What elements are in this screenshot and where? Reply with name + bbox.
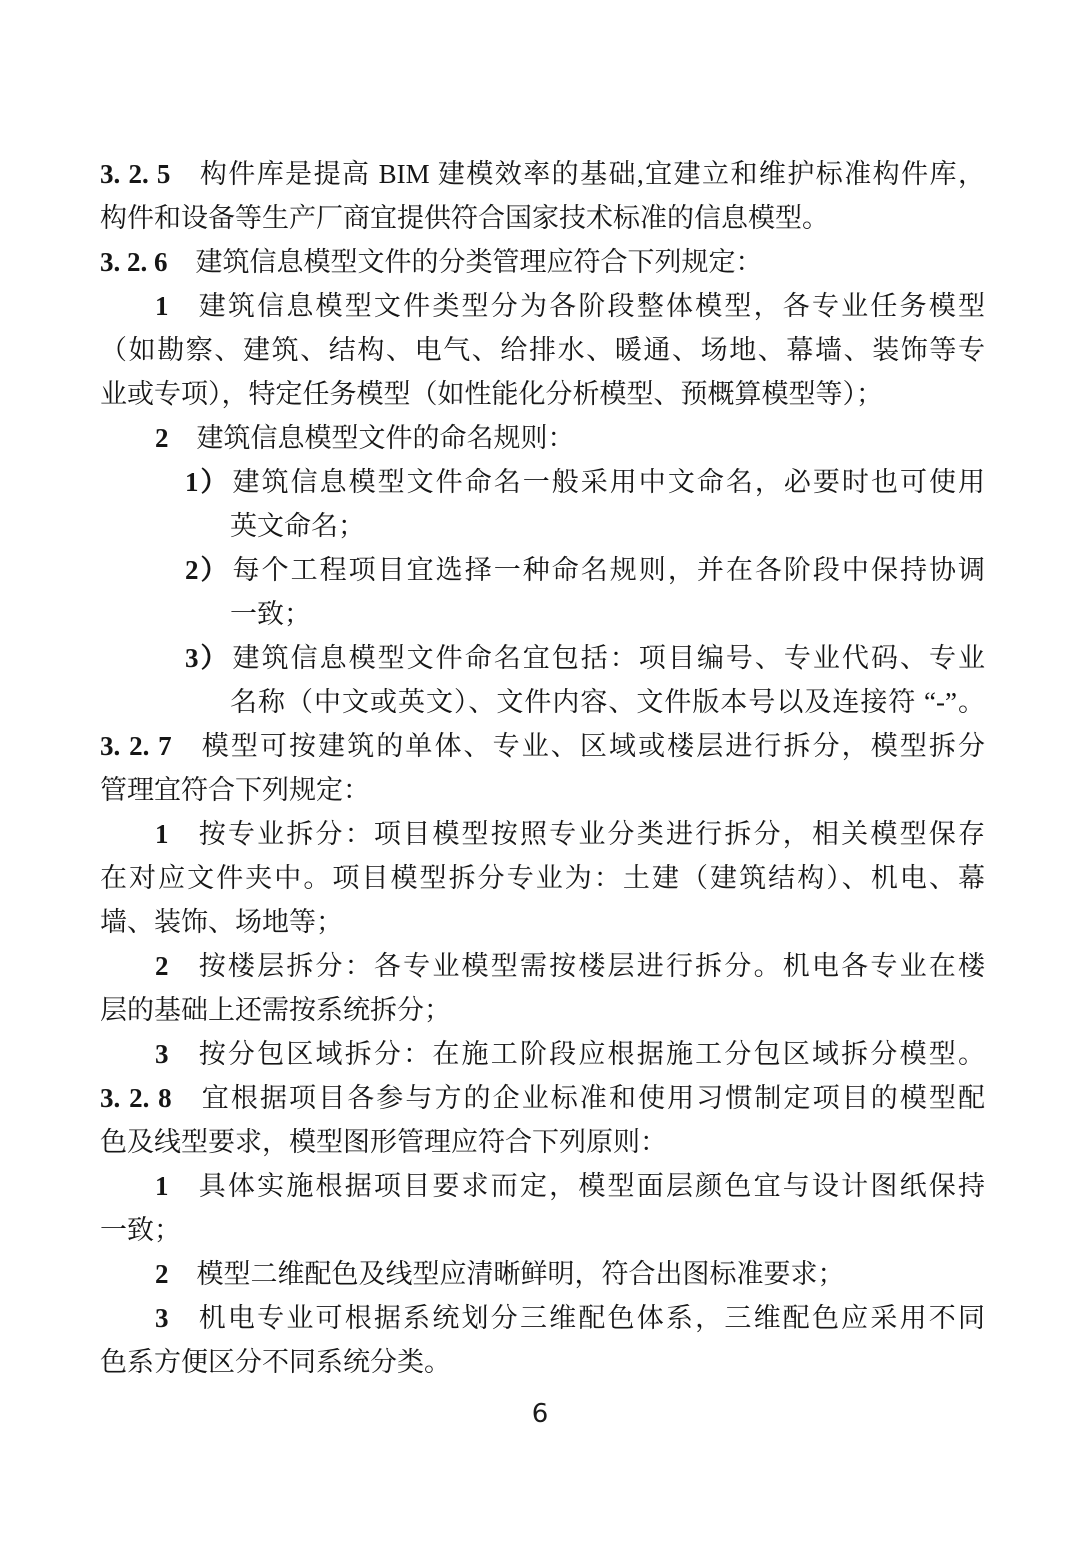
line-text: 层的基础上还需按系统拆分； bbox=[100, 995, 451, 1025]
line-text: 一致； bbox=[100, 1215, 181, 1245]
text-line: 名称（中文或英文）、文件内容、文件版本号以及连接符 “-”。 bbox=[100, 680, 985, 724]
clause-number: 2 bbox=[155, 1259, 169, 1289]
text-line: 2建筑信息模型文件的命名规则： bbox=[100, 416, 985, 460]
line-text: 色及线型要求，模型图形管理应符合下列原则： bbox=[100, 1127, 667, 1157]
text-line: 1具体实施根据项目要求而定，模型面层颜色宜与设计图纸保持 bbox=[100, 1164, 985, 1208]
line-text: 建筑信息模型文件命名宜包括：项目编号、专业代码、专业 bbox=[233, 643, 985, 673]
line-text: 建筑信息模型文件命名一般采用中文命名，必要时也可使用 bbox=[233, 467, 985, 497]
clause-number: 3 bbox=[155, 1303, 169, 1333]
line-text: 管理宜符合下列规定： bbox=[100, 775, 370, 805]
text-line: 2）每个工程项目宜选择一种命名规则，并在各阶段中保持协调 bbox=[100, 548, 985, 592]
line-text: 每个工程项目宜选择一种命名规则，并在各阶段中保持协调 bbox=[233, 555, 985, 585]
line-text: （如勘察、建筑、结构、电气、给排水、暖通、场地、幕墙、装饰等专 bbox=[100, 335, 985, 365]
text-line: 墙、装饰、场地等； bbox=[100, 900, 985, 944]
clause-number: 2 bbox=[155, 951, 169, 981]
text-line: 层的基础上还需按系统拆分； bbox=[100, 988, 985, 1032]
clause-number: 3 bbox=[155, 1039, 169, 1069]
text-line: 3. 2. 8宜根据项目各参与方的企业标准和使用习惯制定项目的模型配 bbox=[100, 1076, 985, 1120]
text-line: 3. 2. 7模型可按建筑的单体、专业、区域或楼层进行拆分，模型拆分 bbox=[100, 724, 985, 768]
clause-number: 2 bbox=[155, 423, 169, 453]
line-text: 模型二维配色及线型应清晰鲜明，符合出图标准要求； bbox=[197, 1259, 845, 1289]
text-line: 3按分包区域拆分：在施工阶段应根据施工分包区域拆分模型。 bbox=[100, 1032, 985, 1076]
clause-number: 3. 2. 6 bbox=[100, 247, 168, 277]
line-text: 一致； bbox=[230, 599, 311, 629]
line-text: 按分包区域拆分：在施工阶段应根据施工分包区域拆分模型。 bbox=[197, 1039, 986, 1069]
text-line: 在对应文件夹中。项目模型拆分专业为：土建（建筑结构）、机电、幕 bbox=[100, 856, 985, 900]
line-text: 建筑信息模型文件的命名规则： bbox=[197, 423, 575, 453]
text-line: 3机电专业可根据系统划分三维配色体系，三维配色应采用不同 bbox=[100, 1296, 985, 1340]
text-line: 一致； bbox=[100, 592, 985, 636]
text-line: 色及线型要求，模型图形管理应符合下列原则： bbox=[100, 1120, 985, 1164]
line-text: 业或专项），特定任务模型（如性能化分析模型、预概算模型等）； bbox=[100, 379, 883, 409]
text-line: 色系方便区分不同系统分类。 bbox=[100, 1340, 985, 1384]
clause-number: 1 bbox=[155, 291, 169, 321]
document-page: 3. 2. 5构件库是提高 BIM 建模效率的基础,宜建立和维护标准构件库，构件… bbox=[0, 0, 1080, 1565]
clause-number: 3. 2. 8 bbox=[100, 1083, 172, 1113]
clause-number: 3. 2. 7 bbox=[100, 731, 172, 761]
clause-number: 3. 2. 5 bbox=[100, 159, 170, 189]
text-line: 3）建筑信息模型文件命名宜包括：项目编号、专业代码、专业 bbox=[100, 636, 985, 680]
line-text: 构件和设备等生产厂商宜提供符合国家技术标准的信息模型。 bbox=[100, 203, 829, 233]
text-line: （如勘察、建筑、结构、电气、给排水、暖通、场地、幕墙、装饰等专 bbox=[100, 328, 985, 372]
line-text: 在对应文件夹中。项目模型拆分专业为：土建（建筑结构）、机电、幕 bbox=[100, 863, 985, 893]
text-line: 管理宜符合下列规定： bbox=[100, 768, 985, 812]
line-text: 名称（中文或英文）、文件内容、文件版本号以及连接符 “-”。 bbox=[230, 687, 985, 717]
line-text: 建筑信息模型文件类型分为各阶段整体模型，各专业任务模型 bbox=[197, 291, 986, 321]
line-text: 机电专业可根据系统划分三维配色体系，三维配色应采用不同 bbox=[197, 1303, 986, 1333]
text-line: 2模型二维配色及线型应清晰鲜明，符合出图标准要求； bbox=[100, 1252, 985, 1296]
clause-number: 3） bbox=[185, 643, 230, 673]
clause-number: 1 bbox=[155, 819, 169, 849]
line-text: 建筑信息模型文件的分类管理应符合下列规定： bbox=[196, 247, 763, 277]
clause-number: 2） bbox=[185, 555, 230, 585]
line-text: 模型可按建筑的单体、专业、区域或楼层进行拆分，模型拆分 bbox=[200, 731, 985, 761]
text-line: 1）建筑信息模型文件命名一般采用中文命名，必要时也可使用 bbox=[100, 460, 985, 504]
clause-number: 1 bbox=[155, 1171, 169, 1201]
line-text: 构件库是提高 BIM 建模效率的基础,宜建立和维护标准构件库， bbox=[198, 159, 985, 189]
line-text: 宜根据项目各参与方的企业标准和使用习惯制定项目的模型配 bbox=[200, 1083, 985, 1113]
line-text: 英文命名； bbox=[230, 511, 365, 541]
line-text: 墙、装饰、场地等； bbox=[100, 907, 343, 937]
text-line: 一致； bbox=[100, 1208, 985, 1252]
page-number: 6 bbox=[0, 1396, 1080, 1432]
line-text: 按专业拆分：项目模型按照专业分类进行拆分，相关模型保存 bbox=[197, 819, 986, 849]
clause-number: 1） bbox=[185, 467, 230, 497]
text-line: 业或专项），特定任务模型（如性能化分析模型、预概算模型等）； bbox=[100, 372, 985, 416]
document-content: 3. 2. 5构件库是提高 BIM 建模效率的基础,宜建立和维护标准构件库，构件… bbox=[100, 152, 985, 1384]
line-text: 按楼层拆分：各专业模型需按楼层进行拆分。机电各专业在楼 bbox=[197, 951, 986, 981]
line-text: 色系方便区分不同系统分类。 bbox=[100, 1347, 451, 1377]
text-line: 3. 2. 5构件库是提高 BIM 建模效率的基础,宜建立和维护标准构件库， bbox=[100, 152, 985, 196]
text-line: 3. 2. 6建筑信息模型文件的分类管理应符合下列规定： bbox=[100, 240, 985, 284]
line-text: 具体实施根据项目要求而定，模型面层颜色宜与设计图纸保持 bbox=[197, 1171, 986, 1201]
text-line: 构件和设备等生产厂商宜提供符合国家技术标准的信息模型。 bbox=[100, 196, 985, 240]
text-line: 1按专业拆分：项目模型按照专业分类进行拆分，相关模型保存 bbox=[100, 812, 985, 856]
text-line: 1建筑信息模型文件类型分为各阶段整体模型，各专业任务模型 bbox=[100, 284, 985, 328]
text-line: 2按楼层拆分：各专业模型需按楼层进行拆分。机电各专业在楼 bbox=[100, 944, 985, 988]
text-line: 英文命名； bbox=[100, 504, 985, 548]
